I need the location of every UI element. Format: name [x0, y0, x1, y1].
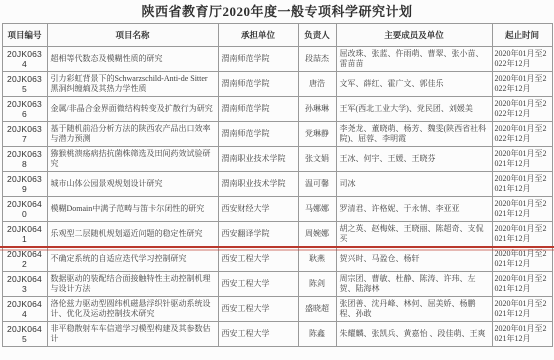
cell-members: 贺兴时、马盈仓、杨轩 — [336, 247, 492, 272]
cell-members: 周宗团、曹敏、杜静、陈涛、许玮、左贺、陆海林 — [336, 272, 492, 297]
cell-leader: 党琳静 — [298, 122, 336, 147]
table-body: 20JK0634超相等代数态及模糊性质的研究渭南师范学院段喆杰屈改珠、张蓝、仵雨… — [2, 47, 552, 347]
cell-leader: 周婉娜 — [298, 222, 336, 247]
table-row: 20JK0634超相等代数态及模糊性质的研究渭南师范学院段喆杰屈改珠、张蓝、仵雨… — [2, 47, 552, 72]
cell-project-name: 猕猴桃溃疡病拮抗菌株筛选及田间药效试验研究 — [47, 147, 218, 172]
table-row: 20JK0636金属/非晶合金界面微结构转变及扩散行为研究渭南师范学院孙琳琳王军… — [2, 97, 552, 122]
cell-members: 朱耀麟、张凯兵、黄嘉怡 、段佳萌、王爽 — [336, 322, 492, 347]
cell-leader: 陈剑 — [298, 272, 336, 297]
document-title: 陕西省教育厅2020年度一般专项科学研究计划 — [0, 0, 554, 20]
table-row: 20JK0645非平稳散射车车信道学习模型构建及其参数估计西安工程大学陈鑫朱耀麟… — [2, 322, 552, 347]
cell-project-id: 20JK0638 — [2, 147, 47, 172]
table-row: 20JK0635引力彩虹背景下的Schwarzschild-Anti-de Si… — [2, 72, 552, 97]
header-leader: 负责人 — [298, 24, 336, 47]
header-members: 主要成员及单位 — [336, 24, 492, 47]
cell-project-name: 不确定系统的自适应迭代学习控制研究 — [47, 247, 218, 272]
cell-unit: 渭南师范学院 — [218, 97, 298, 122]
cell-members: 屈改珠、张蓝、仵雨萌、曹翠、张小苗、雷苗苗 — [336, 47, 492, 72]
cell-period: 2020年01月至2022年12月 — [492, 122, 552, 147]
cell-period: 2020年01月至2022年12月 — [492, 47, 552, 72]
cell-project-id: 20JK0637 — [2, 122, 47, 147]
cell-leader: 陈鑫 — [298, 322, 336, 347]
cell-unit: 西安工程大学 — [218, 247, 298, 272]
header-period: 起止时间 — [492, 24, 552, 47]
cell-leader: 盛晓超 — [298, 297, 336, 322]
cell-period: 2020年01月至2022年12月 — [492, 72, 552, 97]
table-row: 20JK0640模糊Domain中满子范畴与笛卡尔闭性的研究西安财经大学马娜娜罗… — [2, 197, 552, 222]
cell-unit: 西安工程大学 — [218, 322, 298, 347]
cell-project-name: 基于随机前沿分析方法的陕西农产品出口效率与潜力预测 — [47, 122, 218, 147]
table-row: 20JK0639城市山体公园景观规划设计研究渭南职业技术学院温可馨司冰2020年… — [2, 172, 552, 197]
cell-project-id: 20JK0641 — [2, 222, 47, 247]
header-project-name: 项目名称 — [47, 24, 218, 47]
cell-project-name: 城市山体公园景观规划设计研究 — [47, 172, 218, 197]
scanned-document-page: 陕西省教育厅2020年度一般专项科学研究计划 项目编号 项目名称 承担单位 负责… — [0, 0, 554, 360]
cell-unit: 渭南职业技术学院 — [218, 147, 298, 172]
cell-project-name: 乐观型二层随机规划逼近问题的稳定性研究 — [47, 222, 218, 247]
cell-members: 罗清君、许格妮、于永情、李亚亚 — [336, 197, 492, 222]
cell-project-id: 20JK0642 — [2, 247, 47, 272]
cell-leader: 段喆杰 — [298, 47, 336, 72]
cell-project-id: 20JK0640 — [2, 197, 47, 222]
cell-period: 2020年01月至2021年12月 — [492, 322, 552, 347]
table-row: 20JK0638猕猴桃溃疡病拮抗菌株筛选及田间药效试验研究渭南职业技术学院张文娟… — [2, 147, 552, 172]
cell-unit: 渭南职业技术学院 — [218, 172, 298, 197]
cell-project-name: 金属/非晶合金界面微结构转变及扩散行为研究 — [47, 97, 218, 122]
cell-period: 2020年01月至2021年12月 — [492, 172, 552, 197]
table-row: 20JK0643数据驱动的装配结合面接触特性主动控制机理与设计方法西安工程大学陈… — [2, 272, 552, 297]
cell-project-id: 20JK0636 — [2, 97, 47, 122]
cell-period: 2020年01月至2021年12月 — [492, 297, 552, 322]
cell-members: 文军、薛红、霍广文、郭佳乐 — [336, 72, 492, 97]
cell-members: 张团善、沈丹峰、林何、屈美娇、杨鹏程、孙敢 — [336, 297, 492, 322]
cell-project-name: 非平稳散射车车信道学习模型构建及其参数估计 — [47, 322, 218, 347]
table-row: 20JK0641乐观型二层随机规划逼近问题的稳定性研究西安翻译学院周婉娜胡之英、… — [2, 222, 552, 247]
cell-members: 胡之英、赵梅妹、王晓丽、陈超奇、支侃买 — [336, 222, 492, 247]
cell-unit: 渭南师范学院 — [218, 72, 298, 97]
cell-unit: 西安工程大学 — [218, 297, 298, 322]
cell-unit: 西安工程大学 — [218, 272, 298, 297]
header-unit: 承担单位 — [218, 24, 298, 47]
cell-unit: 西安翻译学院 — [218, 222, 298, 247]
cell-members: 王军(西北工业大学)、党民团、刘媛美 — [336, 97, 492, 122]
cell-members: 王冰、何宇、王媛、王晓芬 — [336, 147, 492, 172]
highlight-underline — [0, 246, 554, 248]
cell-period: 2020年01月至2021年12月 — [492, 197, 552, 222]
cell-project-id: 20JK0645 — [2, 322, 47, 347]
cell-project-id: 20JK0635 — [2, 72, 47, 97]
cell-project-id: 20JK0634 — [2, 47, 47, 72]
cell-leader: 孙琳琳 — [298, 97, 336, 122]
cell-project-id: 20JK0643 — [2, 272, 47, 297]
cell-leader: 唐浩 — [298, 72, 336, 97]
cell-leader: 马娜娜 — [298, 197, 336, 222]
projects-table: 项目编号 项目名称 承担单位 负责人 主要成员及单位 起止时间 20JK0634… — [2, 23, 553, 347]
cell-leader: 耿燕 — [298, 247, 336, 272]
table-row: 20JK0642不确定系统的自适应迭代学习控制研究西安工程大学耿燕贺兴时、马盈仓… — [2, 247, 552, 272]
cell-period: 2020年01月至2021年12月 — [492, 247, 552, 272]
cell-unit: 渭南师范学院 — [218, 122, 298, 147]
cell-unit: 渭南师范学院 — [218, 47, 298, 72]
table-header: 项目编号 项目名称 承担单位 负责人 主要成员及单位 起止时间 — [2, 24, 552, 47]
cell-project-id: 20JK0644 — [2, 297, 47, 322]
cell-period: 2020年01月至2021年12月 — [492, 272, 552, 297]
cell-project-name: 模糊Domain中满子范畴与笛卡尔闭性的研究 — [47, 197, 218, 222]
cell-project-name: 超相等代数态及模糊性质的研究 — [47, 47, 218, 72]
table-row: 20JK0637基于随机前沿分析方法的陕西农产品出口效率与潜力预测渭南师范学院党… — [2, 122, 552, 147]
cell-project-name: 数据驱动的装配结合面接触特性主动控制机理与设计方法 — [47, 272, 218, 297]
cell-period: 2020年01月至2022年12月 — [492, 97, 552, 122]
cell-project-name: 洛伦兹力驱动型圆纬机磁悬浮织针驱动系统设计、优化及运动控制技术研究 — [47, 297, 218, 322]
table-row: 20JK0644洛伦兹力驱动型圆纬机磁悬浮织针驱动系统设计、优化及运动控制技术研… — [2, 297, 552, 322]
cell-project-id: 20JK0639 — [2, 172, 47, 197]
cell-period: 2020年01月至2021年12月 — [492, 222, 552, 247]
cell-period: 2020年01月至2021年12月 — [492, 147, 552, 172]
cell-members: 司冰 — [336, 172, 492, 197]
cell-members: 李尧龙、董晓萌、杨芳、魏雯(陕西省社科院)、屈蓉、李明霞 — [336, 122, 492, 147]
header-project-id: 项目编号 — [2, 24, 47, 47]
cell-unit: 西安财经大学 — [218, 197, 298, 222]
cell-leader: 温可馨 — [298, 172, 336, 197]
cell-leader: 张文娟 — [298, 147, 336, 172]
cell-project-name: 引力彩虹背景下的Schwarzschild-Anti-de Sitter黑洞纠缠… — [47, 72, 218, 97]
